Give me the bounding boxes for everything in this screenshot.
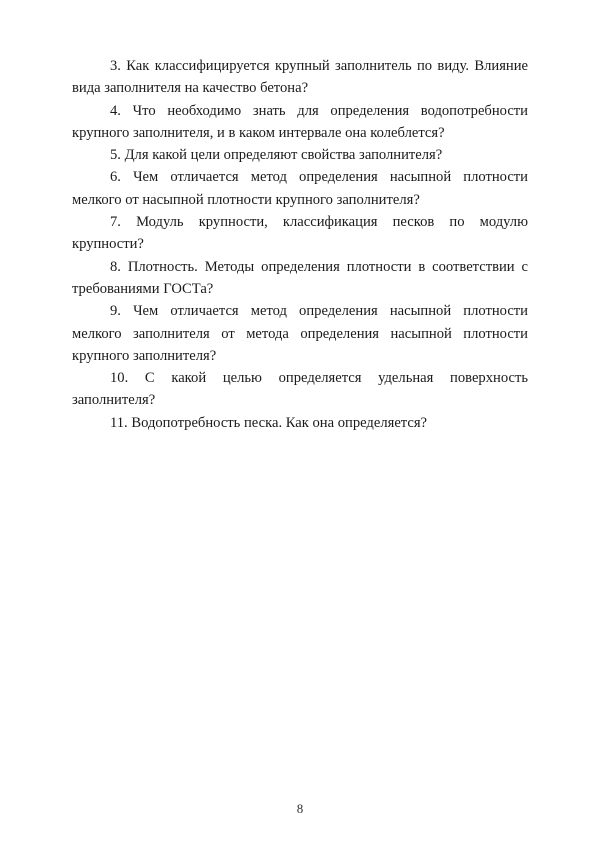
question-9: 9. Чем отличается метод определения насы… xyxy=(72,300,528,367)
page-number: 8 xyxy=(0,801,600,817)
question-4: 4. Что необходимо знать для определения … xyxy=(72,100,528,145)
document-body: 3. Как классифицируется крупный заполнит… xyxy=(72,55,528,434)
question-3: 3. Как классифицируется крупный заполнит… xyxy=(72,55,528,100)
question-7: 7. Модуль крупности, классификация песко… xyxy=(72,211,528,256)
question-8: 8. Плотность. Методы определения плотнос… xyxy=(72,256,528,301)
question-5: 5. Для какой цели определяют свойства за… xyxy=(72,144,528,166)
question-6: 6. Чем отличается метод определения насы… xyxy=(72,166,528,211)
question-10: 10. С какой целью определяется удельная … xyxy=(72,367,528,412)
question-11: 11. Водопотребность песка. Как она опред… xyxy=(72,412,528,434)
